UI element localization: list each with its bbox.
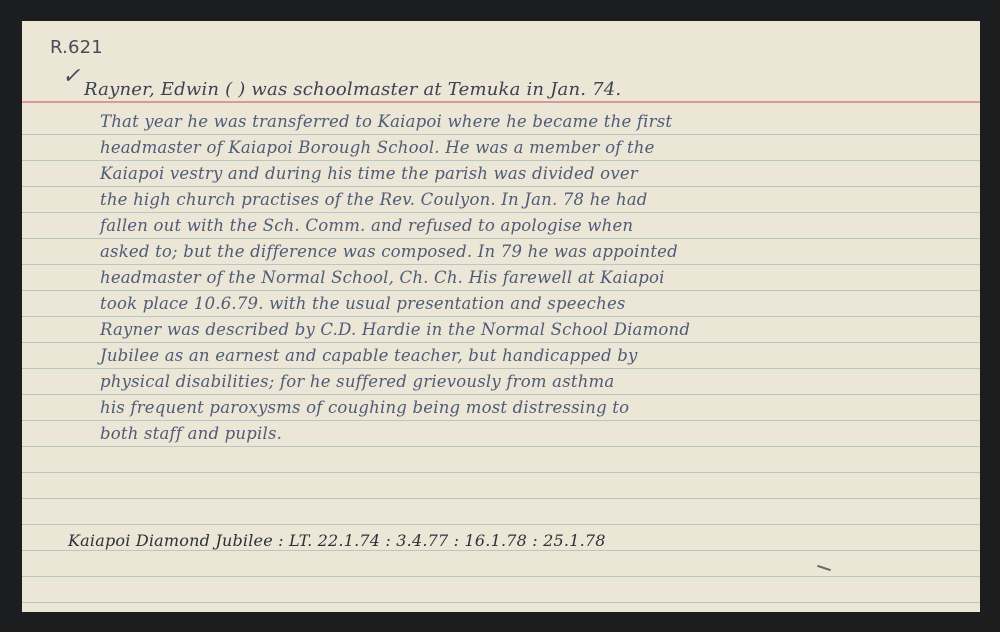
ruled-line [22,420,980,421]
index-card: R.621 ✓ Rayner, Edwin ( ) was schoolmast… [22,21,980,612]
body-line: That year he was transferred to Kaiapoi … [100,112,672,131]
ruled-line [22,576,980,577]
header-red-rule [22,101,980,103]
ruled-line [22,602,980,603]
ruled-line [22,472,980,473]
ruled-line [22,524,980,525]
ruled-line [22,238,980,239]
body-line: both staff and pupils. [100,424,282,443]
body-line: Rayner was described by C.D. Hardie in t… [100,320,690,339]
body-line: fallen out with the Sch. Comm. and refus… [100,216,633,235]
reference-number: R.621 [50,37,103,58]
body-line: headmaster of Kaiapoi Borough School. He… [100,138,655,157]
ruled-line [22,498,980,499]
ruled-line [22,290,980,291]
ruled-line [22,134,980,135]
body-line: Kaiapoi vestry and during his time the p… [100,164,638,183]
ruled-line [22,550,980,551]
body-line: Jubilee as an earnest and capable teache… [100,346,638,365]
card-heading: Rayner, Edwin ( ) was schoolmaster at Te… [84,79,621,100]
body-line: took place 10.6.79. with the usual prese… [100,294,626,313]
source-references: Kaiapoi Diamond Jubilee : LT. 22.1.74 : … [68,531,606,550]
body-line: asked to; but the difference was compose… [100,242,678,261]
ruled-line [22,186,980,187]
body-line: the high church practises of the Rev. Co… [100,190,648,209]
ruled-line [22,160,980,161]
ruled-line [22,316,980,317]
ruled-line [22,368,980,369]
ruled-line [22,264,980,265]
pencil-mark [817,565,831,571]
ruled-line [22,394,980,395]
ruled-line [22,446,980,447]
body-line: his frequent paroxysms of coughing being… [100,398,629,417]
ruled-line [22,212,980,213]
body-line: headmaster of the Normal School, Ch. Ch.… [100,268,665,287]
ruled-line [22,342,980,343]
body-line: physical disabilities; for he suffered g… [100,372,614,391]
check-mark-icon: ✓ [62,64,81,89]
